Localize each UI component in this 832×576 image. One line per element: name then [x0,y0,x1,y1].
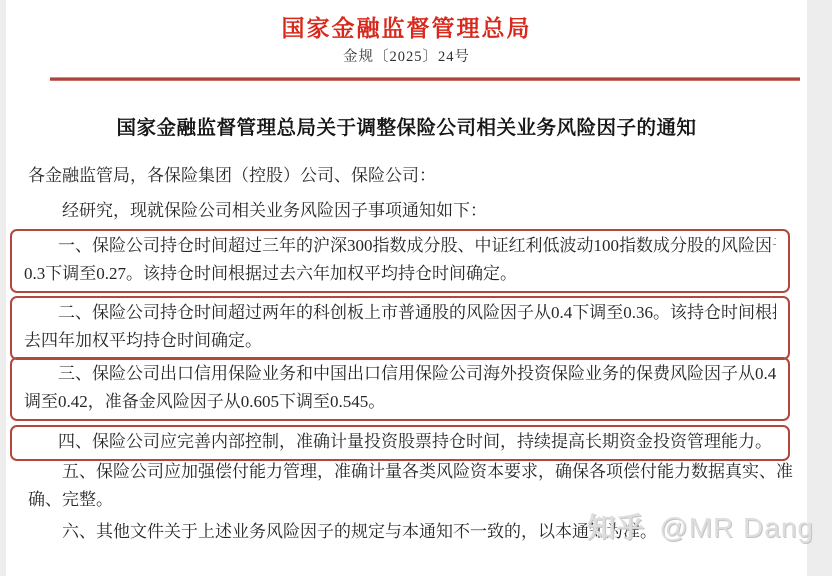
item-2-line-2: 去四年加权平均持仓时间确定。 [24,327,776,355]
highlight-box-item-1: 一、保险公司持仓时间超过三年的沪深300指数成分股、中证红利低波动100指数成分… [10,229,790,293]
zhihu-watermark: 知乎@MR Dang [587,506,814,546]
salutation: 各金融监管局，各保险集团（控股）公司、保险公司： [28,162,436,190]
highlight-box-item-3: 三、保险公司出口信用保险业务和中国出口信用保险公司海外投资保险业务的保费风险因子… [10,357,790,421]
item-5-line-1: 五、保险公司应加强偿付能力管理，准确计量各类风险资本要求，确保各项偿付能力数据真… [28,458,800,486]
notice-title: 国家金融监督管理总局关于调整保险公司相关业务风险因子的通知 [6,112,807,140]
item-3-line-2: 调至0.42，准备金风险因子从0.605下调至0.545。 [24,388,776,416]
highlight-box-item-2: 二、保险公司持仓时间超过两年的科创板上市普通股的风险因子从0.4下调至0.36。… [10,296,790,360]
document-page: 国家金融监督管理总局 金规〔2025〕24号 国家金融监督管理总局关于调整保险公… [6,0,807,576]
red-divider-line [50,77,800,81]
item-3-line-1: 三、保险公司出口信用保险业务和中国出口信用保险公司海外投资保险业务的保费风险因子… [24,360,776,388]
highlight-box-item-4: 四、保险公司应完善内部控制，准确计量投资股票持仓时间，持续提高长期资金投资管理能… [10,425,790,461]
zhihu-brand-label: 知乎 [587,512,645,543]
item-2-line-1: 二、保险公司持仓时间超过两年的科创板上市普通股的风险因子从0.4下调至0.36。… [24,299,776,327]
intro-paragraph: 经研究，现就保险公司相关业务风险因子事项通知如下： [28,197,487,225]
doc-number: 金规〔2025〕24号 [6,45,807,66]
item-4-line-1: 四、保险公司应完善内部控制，准确计量投资股票持仓时间，持续提高长期资金投资管理能… [24,428,776,456]
watermark-author: @MR Dang [659,512,814,543]
item-1-line-2: 0.3下调至0.27。该持仓时间根据过去六年加权平均持仓时间确定。 [24,260,776,288]
item-1-line-1: 一、保险公司持仓时间超过三年的沪深300指数成分股、中证红利低波动100指数成分… [24,232,776,260]
agency-header: 国家金融监督管理总局 [6,10,807,43]
